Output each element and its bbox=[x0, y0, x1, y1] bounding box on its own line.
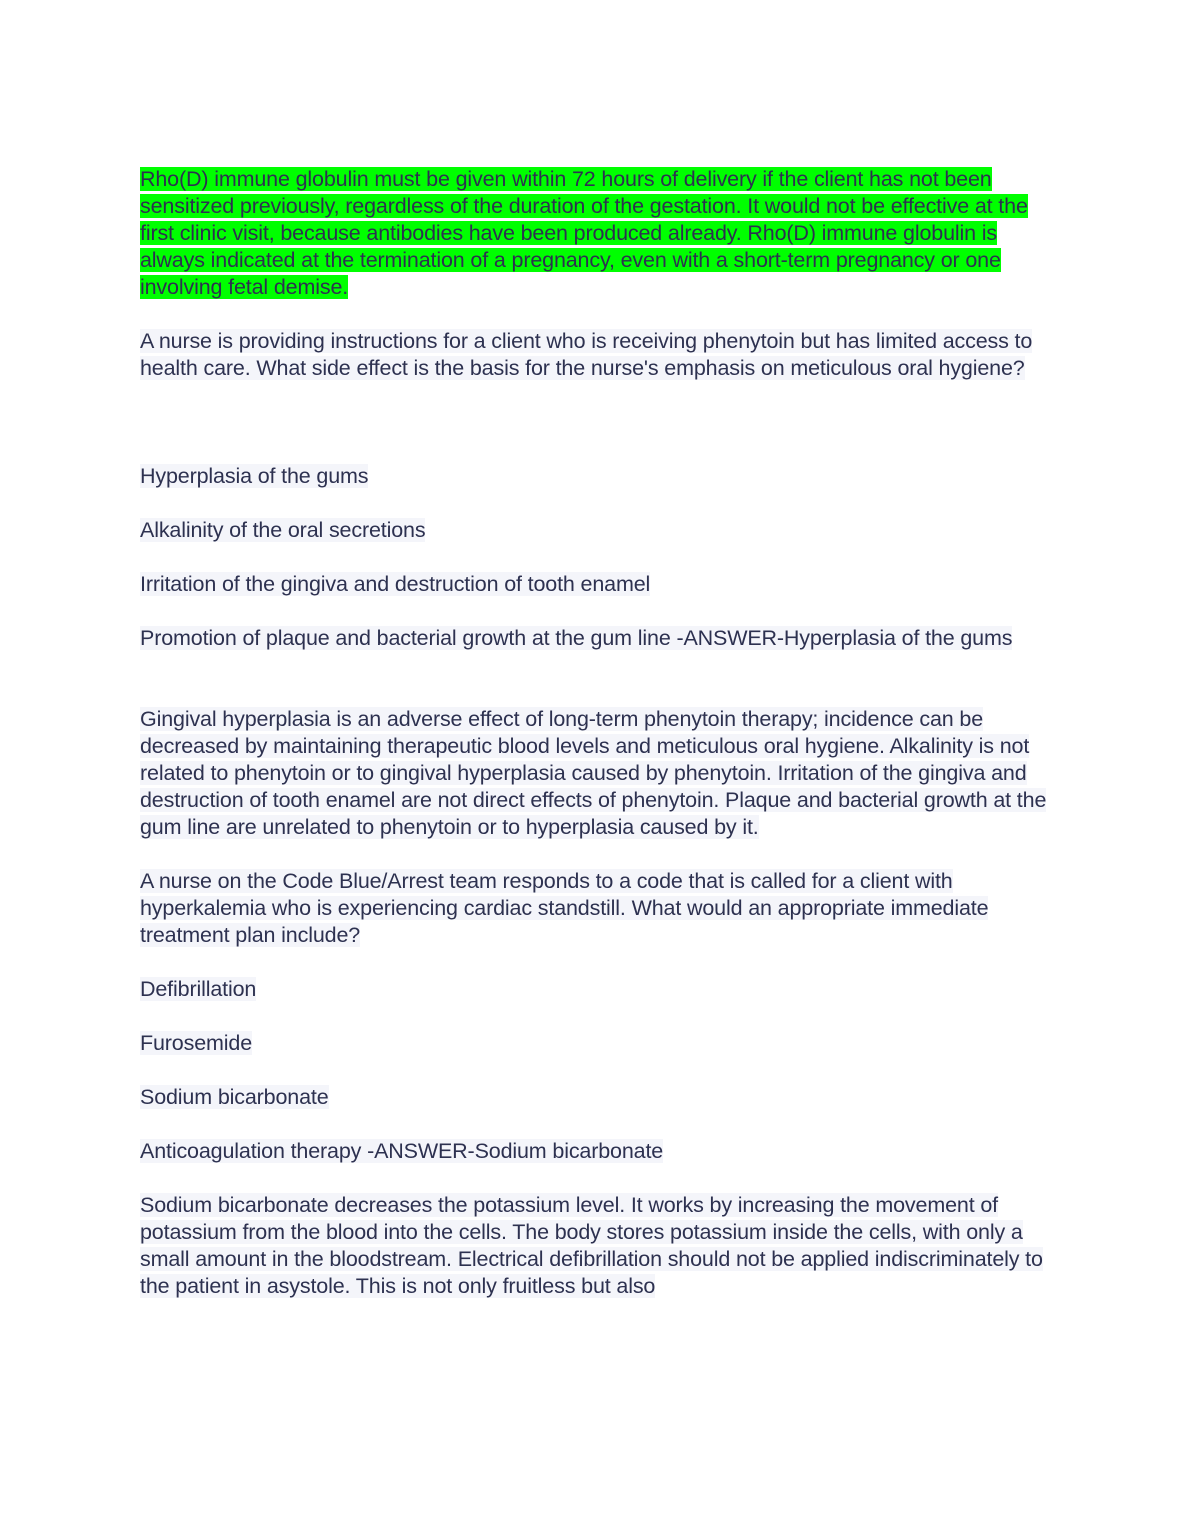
option-text: Promotion of plaque and bacterial growth… bbox=[140, 626, 1012, 650]
option-3: Sodium bicarbonate bbox=[140, 1084, 1050, 1111]
document-page: Rho(D) immune globulin must be given wit… bbox=[140, 166, 1050, 1327]
question-phenytoin: A nurse is providing instructions for a … bbox=[140, 328, 1050, 382]
option-4-with-answer: Promotion of plaque and bacterial growth… bbox=[140, 625, 1050, 652]
question-text: A nurse on the Code Blue/Arrest team res… bbox=[140, 869, 988, 947]
option-2: Alkalinity of the oral secretions bbox=[140, 517, 1050, 544]
option-1: Defibrillation bbox=[140, 976, 1050, 1003]
option-1: Hyperplasia of the gums bbox=[140, 463, 1050, 490]
option-4-with-answer: Anticoagulation therapy -ANSWER-Sodium b… bbox=[140, 1138, 1050, 1165]
rationale-rhod-immune-globulin: Rho(D) immune globulin must be given wit… bbox=[140, 166, 1050, 301]
option-text: Defibrillation bbox=[140, 977, 256, 1001]
rationale-phenytoin: Gingival hyperplasia is an adverse effec… bbox=[140, 706, 1050, 841]
option-text: Hyperplasia of the gums bbox=[140, 464, 368, 488]
option-text: Furosemide bbox=[140, 1031, 252, 1055]
option-text: Irritation of the gingiva and destructio… bbox=[140, 572, 650, 596]
rationale-text: Gingival hyperplasia is an adverse effec… bbox=[140, 707, 1046, 839]
option-text: Sodium bicarbonate bbox=[140, 1085, 329, 1109]
highlighted-text: Rho(D) immune globulin must be given wit… bbox=[140, 167, 1028, 299]
rationale-sodium-bicarbonate: Sodium bicarbonate decreases the potassi… bbox=[140, 1192, 1050, 1300]
spacer bbox=[140, 409, 1050, 463]
option-3: Irritation of the gingiva and destructio… bbox=[140, 571, 1050, 598]
rationale-text: Sodium bicarbonate decreases the potassi… bbox=[140, 1193, 1043, 1298]
spacer bbox=[140, 679, 1050, 706]
question-hyperkalemia: A nurse on the Code Blue/Arrest team res… bbox=[140, 868, 1050, 949]
option-2: Furosemide bbox=[140, 1030, 1050, 1057]
option-text: Alkalinity of the oral secretions bbox=[140, 518, 425, 542]
option-text: Anticoagulation therapy -ANSWER-Sodium b… bbox=[140, 1139, 663, 1163]
question-text: A nurse is providing instructions for a … bbox=[140, 329, 1032, 380]
